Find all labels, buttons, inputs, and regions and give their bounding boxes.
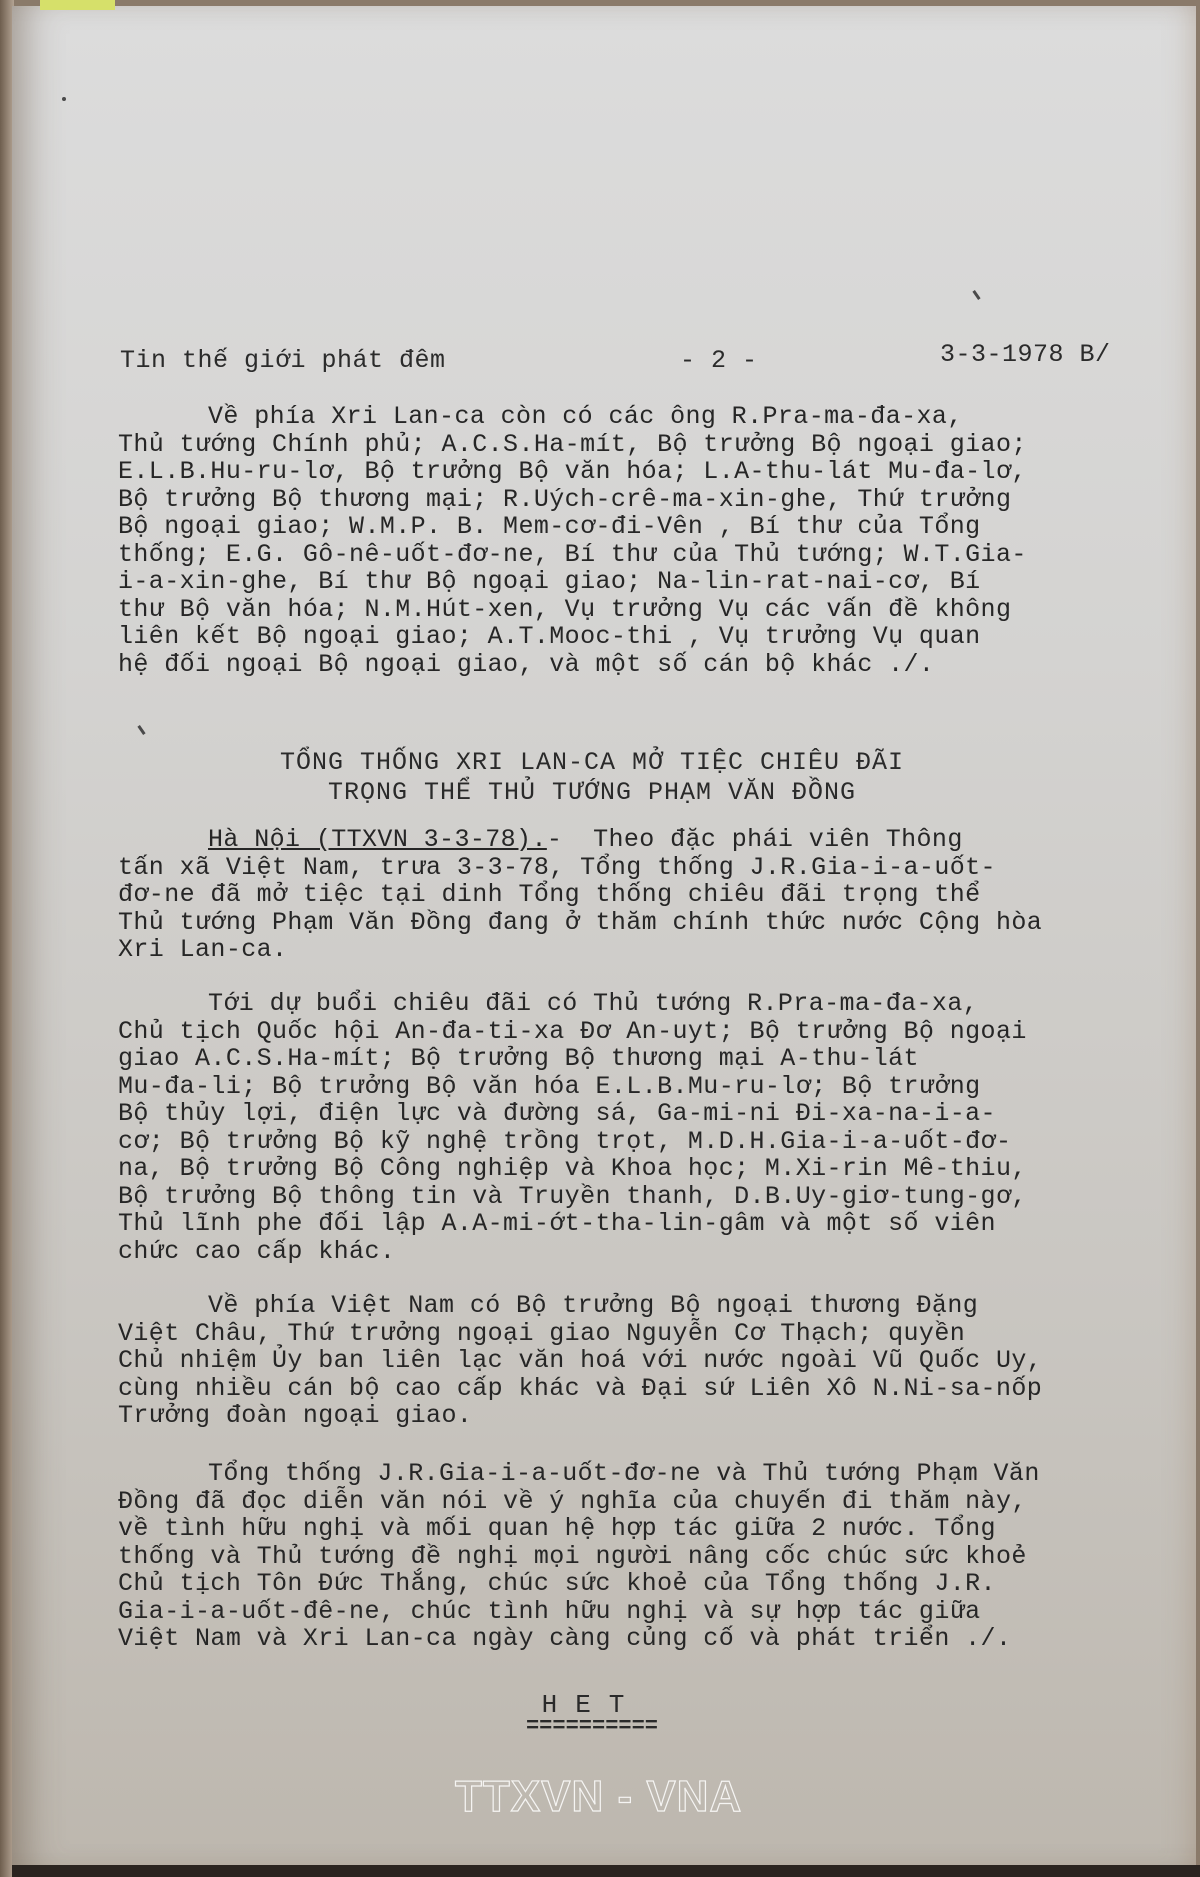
paragraph-attendees: Tới dự buổi chiêu đãi có Thủ tướng R.Pra… <box>118 990 1178 1265</box>
end-mark: HET ========== <box>0 1690 1184 1739</box>
text-line: về tình hữu nghị và mối quan hệ hợp tác … <box>118 1515 1178 1543</box>
text-line: Việt Nam và Xri Lan-ca ngày càng củng cố… <box>118 1625 1178 1653</box>
text-line: Đồng đã đọc diễn văn nói về ý nghĩa của … <box>118 1488 1178 1516</box>
text-line: Bộ trưởng Bộ thông tin và Truyền thanh, … <box>118 1183 1178 1211</box>
paragraph-lead: Hà Nội (TTXVN 3-3-78).- Theo đặc phái vi… <box>118 826 1178 964</box>
lead-first-line: Hà Nội (TTXVN 3-3-78).- Theo đặc phái vi… <box>118 826 1178 854</box>
text-line: Gia-i-a-uốt-đê-ne, chúc tình hữu nghị và… <box>118 1598 1178 1626</box>
page-bottom-shadow <box>12 1865 1200 1877</box>
text-line: Trưởng đoàn ngoại giao. <box>118 1402 1178 1430</box>
article-title-line-2: TRỌNG THỂ THỦ TƯỚNG PHẠM VĂN ĐỒNG <box>0 778 1184 808</box>
paragraph-vietnam-side: Về phía Việt Nam có Bộ trưởng Bộ ngoại t… <box>118 1292 1178 1430</box>
text-line: thống và Thủ tướng đề nghị mọi người nân… <box>118 1543 1178 1571</box>
article-title-line-1: TỔNG THỐNG XRI LAN-CA MỞ TIỆC CHIÊU ĐÃI <box>0 748 1184 778</box>
text-line: tấn xã Việt Nam, trưa 3-3-78, Tổng thống… <box>118 854 1178 882</box>
text-line: giao A.C.S.Ha-mít; Bộ trưởng Bộ thương m… <box>118 1045 1178 1073</box>
text-line: chức cao cấp khác. <box>118 1238 1178 1266</box>
text-line: na, Bộ trưởng Bộ Công nghiệp và Khoa học… <box>118 1155 1178 1183</box>
page-tab-marker <box>40 0 115 10</box>
paragraph-sri-lanka-officials: Về phía Xri Lan-ca còn có các ông R.Pra-… <box>118 403 1178 678</box>
text-line: đơ-ne đã mở tiệc tại dinh Tổng thống chi… <box>118 881 1178 909</box>
text-line: Thủ tướng Phạm Văn Đồng đang ở thăm chín… <box>118 909 1178 937</box>
text-line: liên kết Bộ ngoại giao; A.T.Mooc-thi , V… <box>118 623 1178 651</box>
text-line: Chủ tịch Quốc hội An-đa-ti-xa Đơ An-uyt;… <box>118 1018 1178 1046</box>
text-line: Chủ tịch Tôn Đức Thắng, chúc sức khoẻ củ… <box>118 1570 1178 1598</box>
text-line: Bộ trưởng Bộ thương mại; R.Uých-crê-ma-x… <box>118 486 1178 514</box>
paragraph-speeches: Tổng thống J.R.Gia-i-a-uốt-đơ-ne và Thủ … <box>118 1460 1178 1653</box>
text-line: Xri Lan-ca. <box>118 936 1178 964</box>
text-line: hệ đối ngoại Bộ ngoại giao, và một số cá… <box>118 651 1178 679</box>
text-line: cơ; Bộ trưởng Bộ kỹ nghệ trồng trọt, M.D… <box>118 1128 1178 1156</box>
date-code: 3-3-1978 B/ <box>940 340 1111 369</box>
series-title: Tin thế giới phát đêm <box>120 346 446 375</box>
text-line: Thủ lĩnh phe đối lập A.A-mi-ớt-tha-lin-g… <box>118 1210 1178 1238</box>
text-line: thống; E.G. Gô-nê-uốt-đơ-ne, Bí thư của … <box>118 541 1178 569</box>
text-line: thư Bộ văn hóa; N.M.Hút-xen, Vụ trưởng V… <box>118 596 1178 624</box>
text-line: Chủ nhiệm Ủy ban liên lạc văn hoá với nư… <box>118 1347 1178 1375</box>
stray-ink-dot <box>62 97 66 101</box>
text-line: Mu-đa-li; Bộ trưởng Bộ văn hóa E.L.B.Mu-… <box>118 1073 1178 1101</box>
article-title: TỔNG THỐNG XRI LAN-CA MỞ TIỆC CHIÊU ĐÃI … <box>0 748 1184 808</box>
text-line: Về phía Xri Lan-ca còn có các ông R.Pra-… <box>118 403 1178 431</box>
dateline: Hà Nội (TTXVN 3-3-78). <box>208 825 547 854</box>
end-rule: ========== <box>0 1714 1184 1739</box>
text-line: E.L.B.Hu-ru-lơ, Bộ trưởng Bộ văn hóa; L.… <box>118 458 1178 486</box>
text-line: Về phía Việt Nam có Bộ trưởng Bộ ngoại t… <box>118 1292 1178 1320</box>
text-line: i-a-xin-ghe, Bí thư Bộ ngoại giao; Na-li… <box>118 568 1178 596</box>
text-line: Bộ ngoại giao; W.M.P. B. Mem-cơ-đi-Vên ,… <box>118 513 1178 541</box>
lead-first-line-rest: - Theo đặc phái viên Thông <box>547 825 963 854</box>
page-number: - 2 - <box>680 346 758 375</box>
ttxvn-watermark: TTXVN - VNA <box>455 1772 742 1822</box>
text-line: cùng nhiều cán bộ cao cấp khác và Đại sứ… <box>118 1375 1178 1403</box>
text-line: Bộ thủy lợi, điện lực và đường sá, Ga-mi… <box>118 1100 1178 1128</box>
text-line: Thủ tướng Chính phủ; A.C.S.Ha-mít, Bộ tr… <box>118 431 1178 459</box>
text-line: Tổng thống J.R.Gia-i-a-uốt-đơ-ne và Thủ … <box>118 1460 1178 1488</box>
text-line: Việt Châu, Thứ trưởng ngoại giao Nguyễn … <box>118 1320 1178 1348</box>
text-line: Tới dự buổi chiêu đãi có Thủ tướng R.Pra… <box>118 990 1178 1018</box>
